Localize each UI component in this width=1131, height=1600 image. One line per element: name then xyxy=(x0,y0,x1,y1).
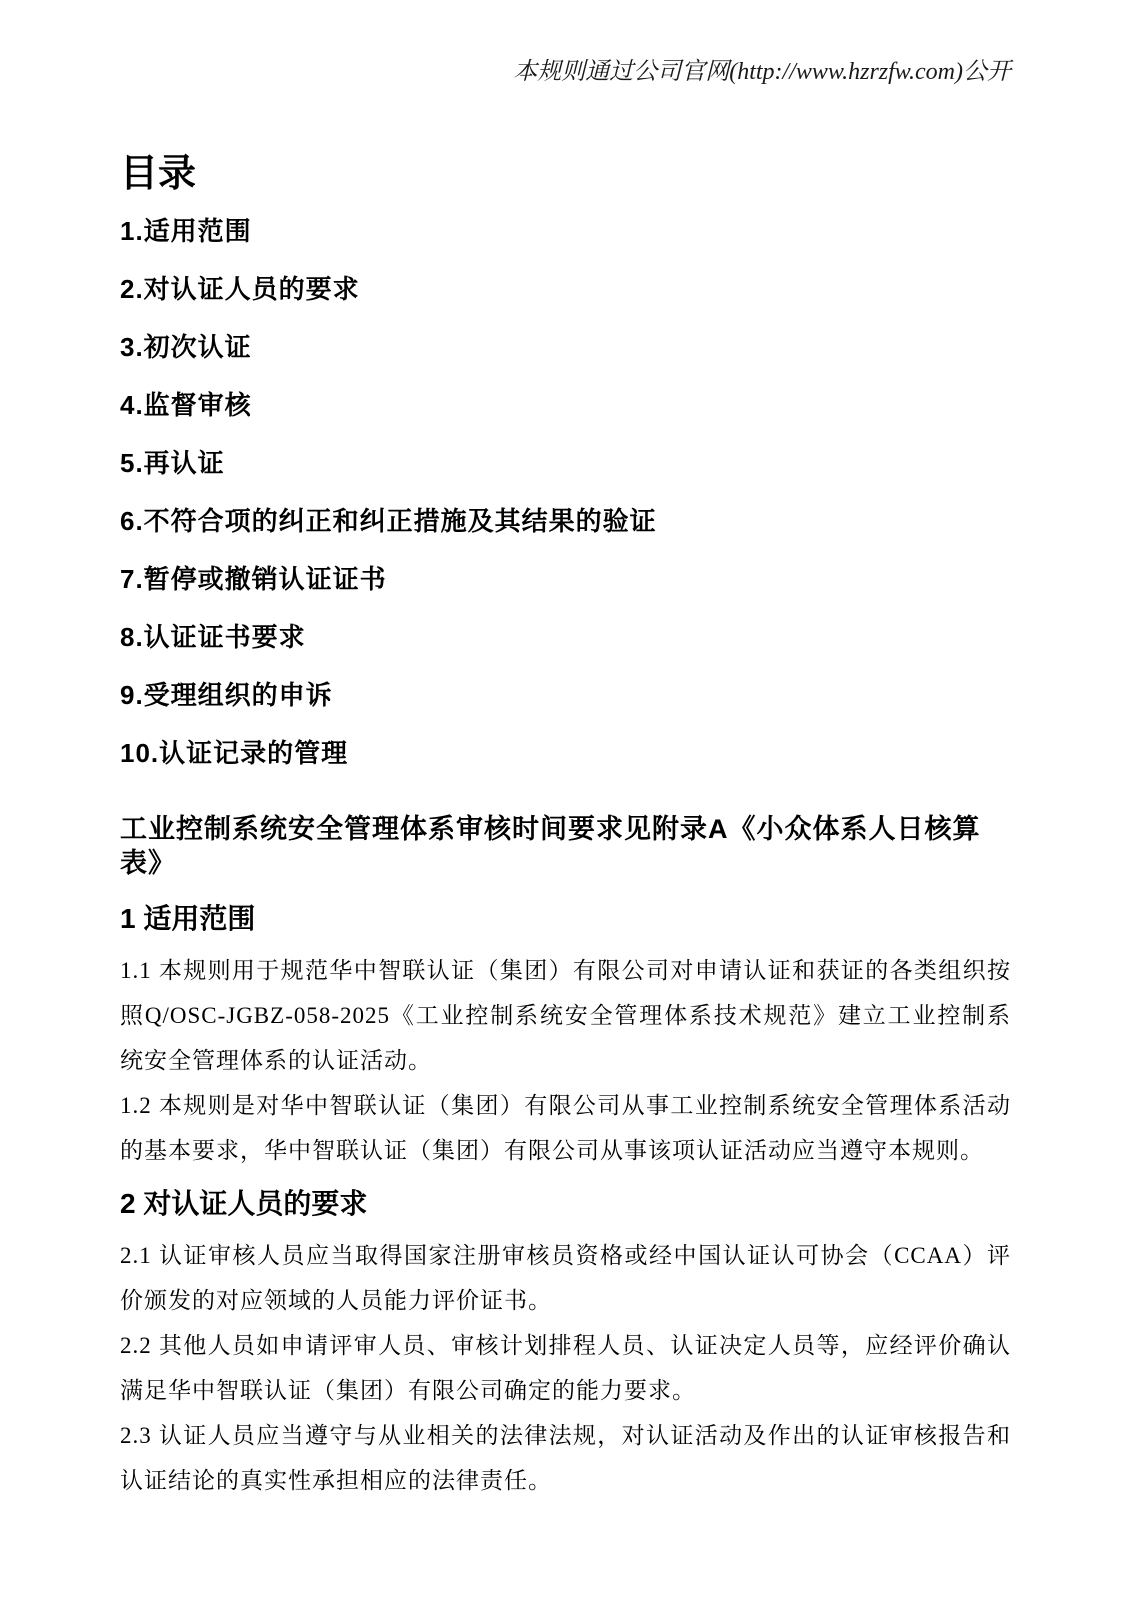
section-1-paragraph-1: 1.1 本规则用于规范华中智联认证（集团）有限公司对申请认证和获证的各类组织按照… xyxy=(120,948,1011,1083)
toc-item-1: 1.适用范围 xyxy=(120,216,1011,246)
section-2-paragraph-3: 2.3 认证人员应当遵守与从业相关的法律法规，对认证活动及作出的认证审核报告和认… xyxy=(120,1413,1011,1503)
toc-item-5: 5.再认证 xyxy=(120,448,1011,478)
toc-item-2: 2.对认证人员的要求 xyxy=(120,274,1011,304)
appendix-note: 工业控制系统安全管理体系审核时间要求见附录A《小众体系人日核算表》 xyxy=(120,812,1011,880)
section-1-paragraph-2: 1.2 本规则是对华中智联认证（集团）有限公司从事工业控制系统安全管理体系活动的… xyxy=(120,1083,1011,1173)
section-2-heading: 2 对认证人员的要求 xyxy=(120,1187,1011,1221)
section-2-paragraph-1: 2.1 认证审核人员应当取得国家注册审核员资格或经中国认证认可协会（CCAA）评… xyxy=(120,1233,1011,1323)
document-page: 本规则通过公司官网(http://www.hzrzfw.com)公开 目录 1.… xyxy=(0,0,1131,1600)
toc-item-6: 6.不符合项的纠正和纠正措施及其结果的验证 xyxy=(120,506,1011,536)
toc-item-4: 4.监督审核 xyxy=(120,390,1011,420)
header-notice: 本规则通过公司官网(http://www.hzrzfw.com)公开 xyxy=(513,59,1011,85)
toc-item-3: 3.初次认证 xyxy=(120,332,1011,362)
toc-item-9: 9.受理组织的申诉 xyxy=(120,680,1011,710)
toc-item-8: 8.认证证书要求 xyxy=(120,622,1011,652)
section-2-paragraph-2: 2.2 其他人员如申请评审人员、审核计划排程人员、认证决定人员等，应经评价确认满… xyxy=(120,1323,1011,1413)
toc-list: 1.适用范围 2.对认证人员的要求 3.初次认证 4.监督审核 5.再认证 6.… xyxy=(120,216,1011,768)
page-header: 本规则通过公司官网(http://www.hzrzfw.com)公开 xyxy=(120,58,1011,86)
toc-item-10: 10.认证记录的管理 xyxy=(120,738,1011,768)
toc-title: 目录 xyxy=(120,152,1011,196)
toc-item-7: 7.暂停或撤销认证证书 xyxy=(120,564,1011,594)
section-1-heading: 1 适用范围 xyxy=(120,902,1011,936)
